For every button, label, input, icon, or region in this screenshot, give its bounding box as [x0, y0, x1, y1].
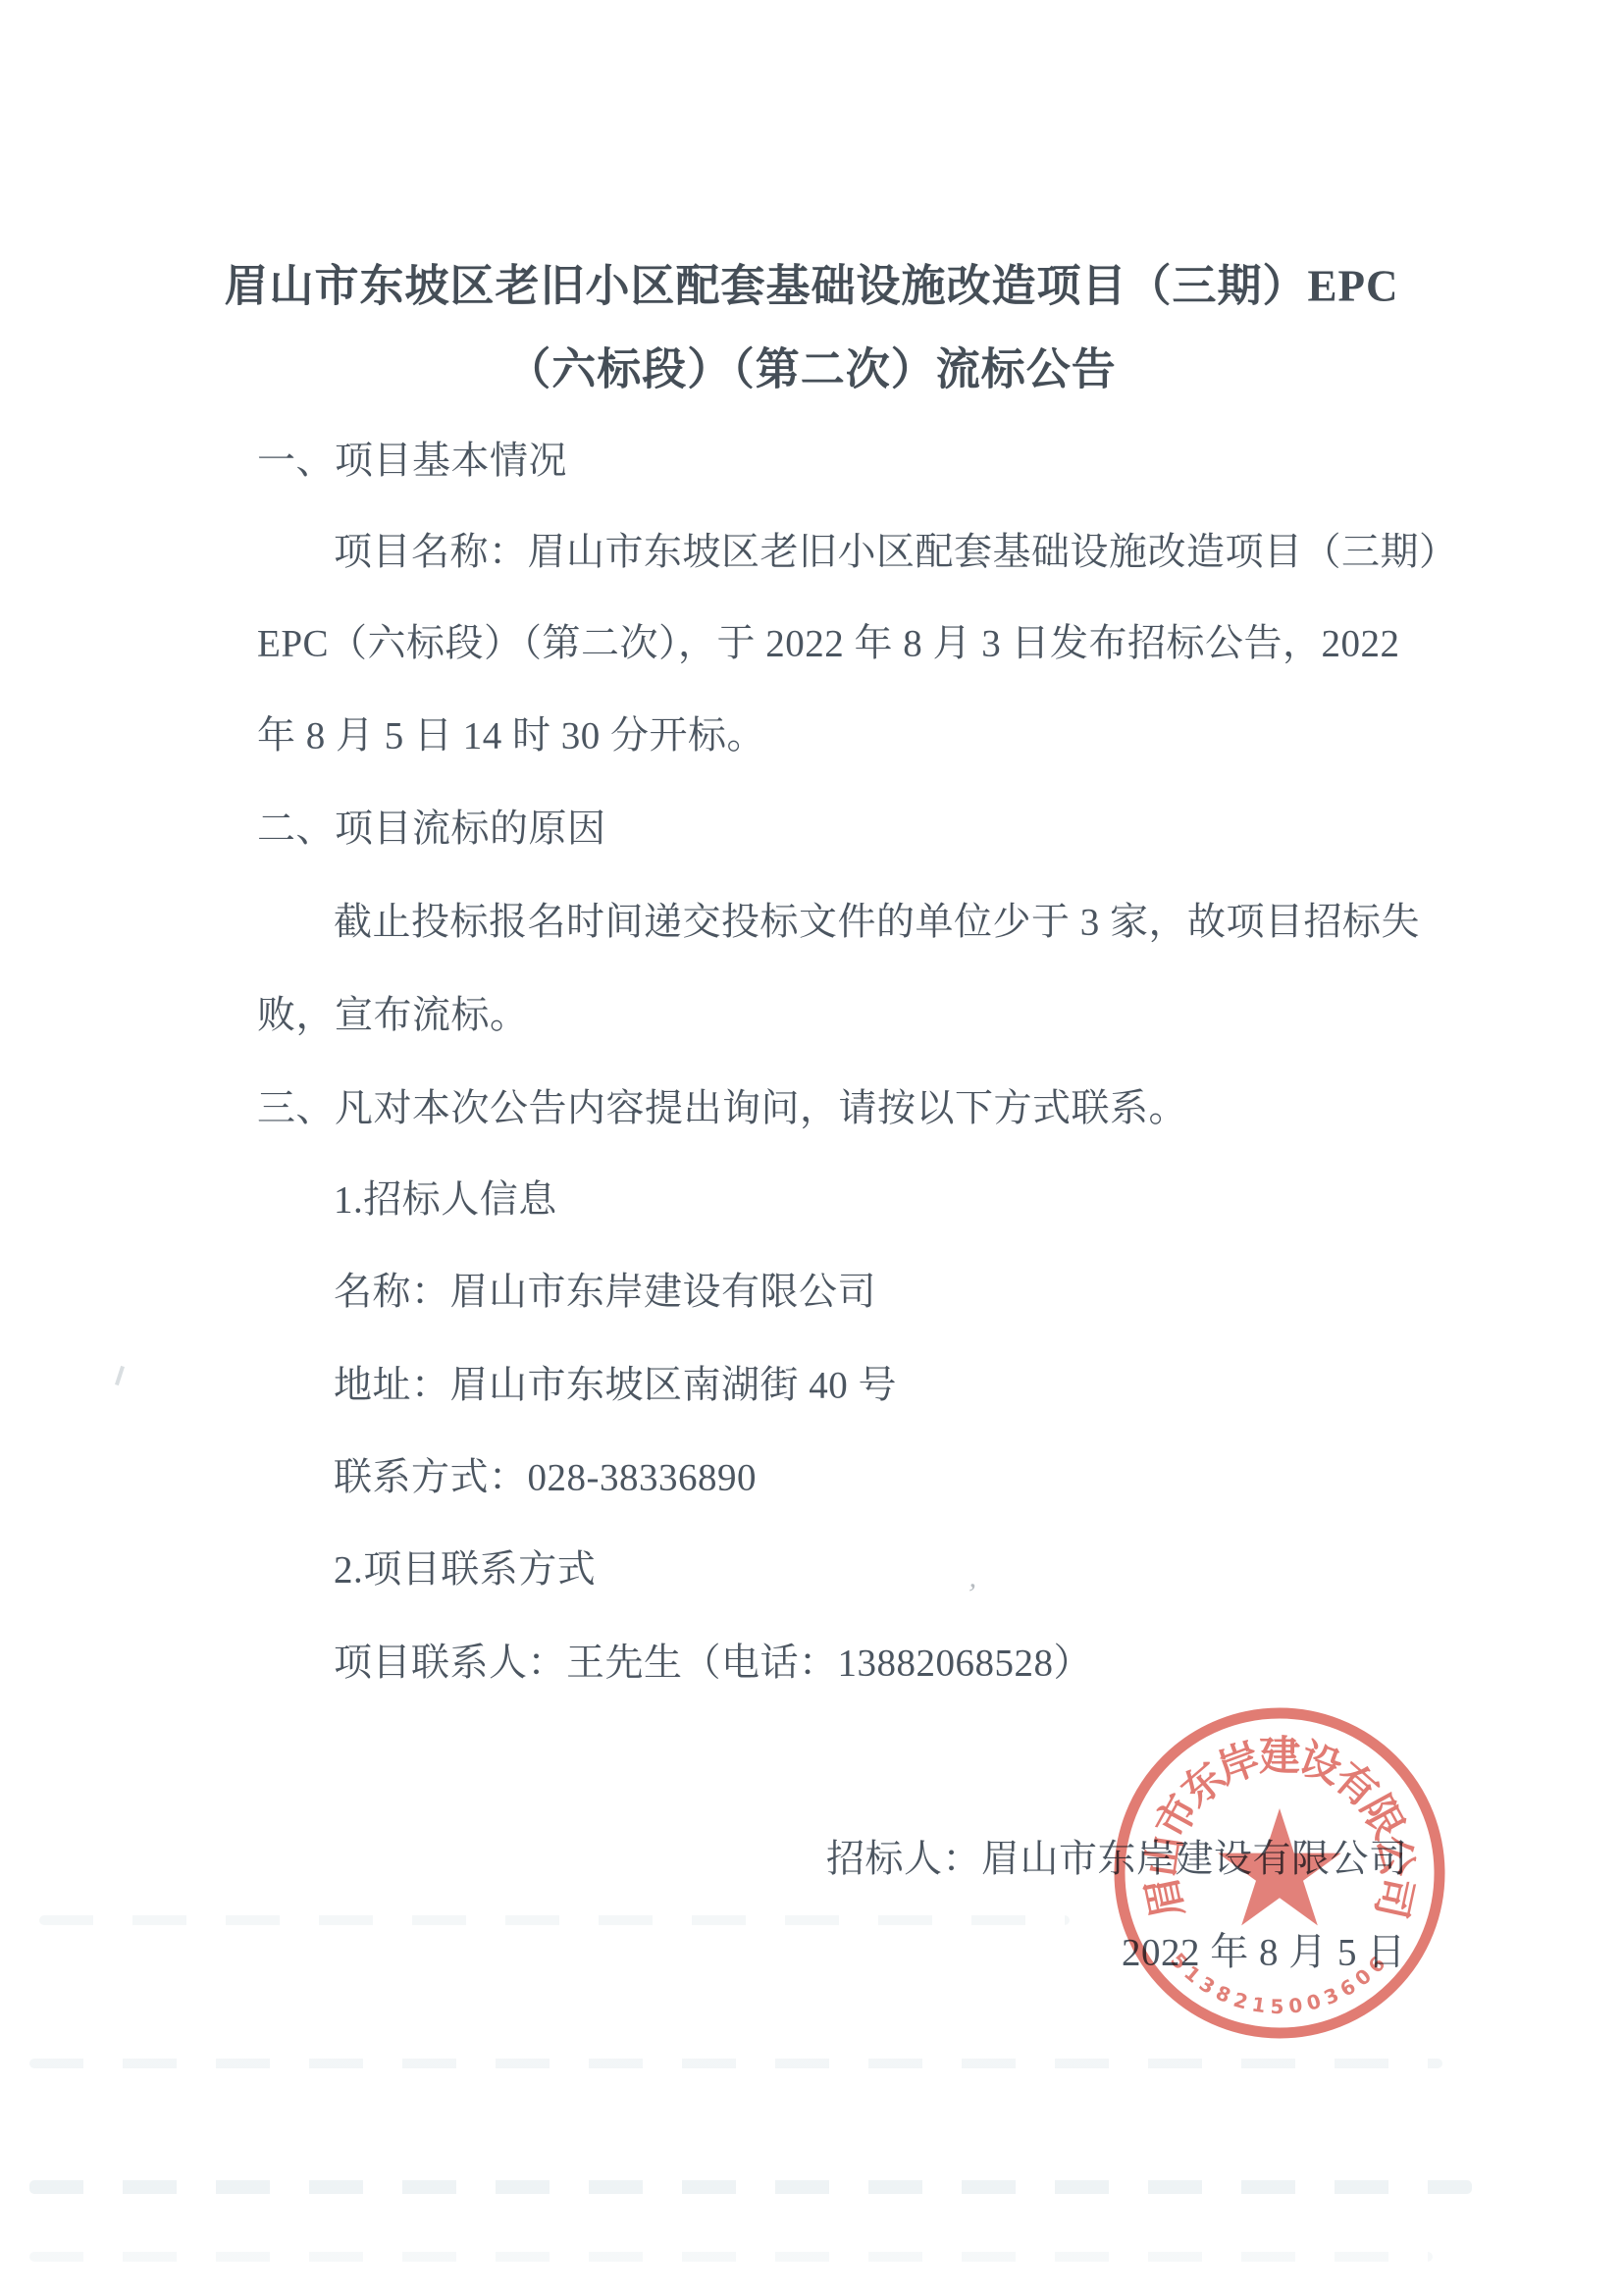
section1-line1: 项目名称：眉山市东坡区老旧小区配套基础设施改造项目（三期）	[334, 534, 1458, 572]
project-contact-line: 项目联系人：王先生（电话：13882068528）	[334, 1644, 1092, 1683]
section1-line3: 年 8 月 5 日 14 时 30 分开标。	[257, 717, 765, 756]
section2-heading: 二、项目流标的原因	[257, 810, 606, 849]
scan-streak-2	[29, 2059, 1442, 2068]
scanned-document-page: 眉山市东坡区老旧小区配套基础设施改造项目（三期）EPC （六标段）（第二次）流标…	[0, 0, 1623, 2296]
scan-streak-3	[29, 2180, 1472, 2194]
tenderer-info-heading: 1.招标人信息	[334, 1181, 557, 1220]
section3-heading: 三、凡对本次公告内容提出询问，请按以下方式联系。	[257, 1090, 1187, 1128]
tenderer-name-line: 名称：眉山市东岸建设有限公司	[334, 1274, 876, 1312]
section1-heading: 一、项目基本情况	[257, 443, 567, 481]
tenderer-address-line: 地址：眉山市东坡区南湖街 40 号	[334, 1367, 897, 1405]
seal-star-icon	[1218, 1808, 1341, 1925]
tenderer-contact-line: 联系方式：028-38336890	[334, 1459, 757, 1497]
company-seal: 眉山市东岸建设有限公司 5138215003606	[1103, 1696, 1456, 2050]
section1-line2: EPC（六标段）（第二次），于 2022 年 8 月 3 日发布招标公告，202…	[257, 625, 1400, 663]
scan-smudge-quote: ’	[965, 1577, 979, 1611]
scan-streak-1	[39, 1915, 1070, 1925]
document-title-line2: （六标段）（第二次）流标公告	[0, 348, 1623, 392]
project-contact-heading: 2.项目联系方式	[334, 1551, 596, 1590]
section2-line2: 败，宣布流标。	[257, 997, 529, 1035]
scan-tick-artifact	[115, 1366, 125, 1385]
section2-line1: 截止投标报名时间递交投标文件的单位少于 3 家，故项目招标失	[334, 904, 1420, 942]
scan-streak-4	[29, 2252, 1433, 2262]
document-title-line1: 眉山市东坡区老旧小区配套基础设施改造项目（三期）EPC	[0, 265, 1623, 309]
